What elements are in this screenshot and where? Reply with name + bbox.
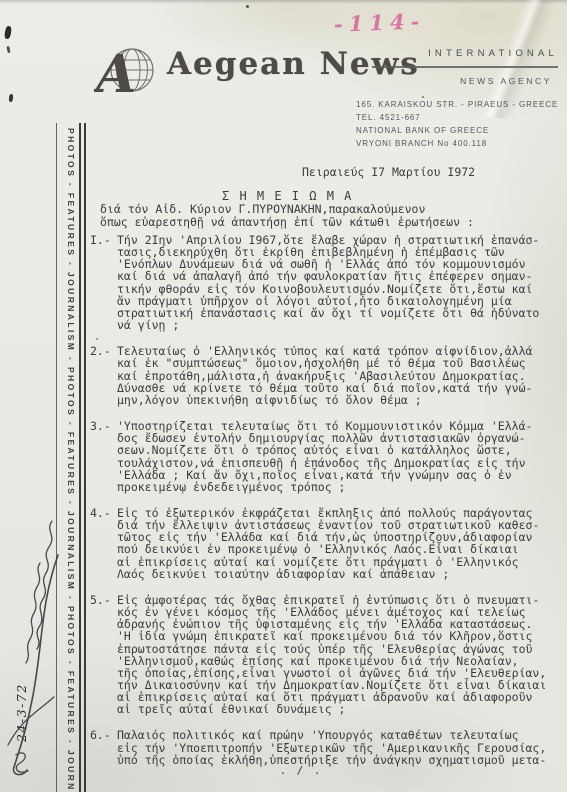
svg-text:A: A [94, 44, 136, 105]
binding-mark [6, 46, 10, 53]
question-number: 4.- [90, 507, 117, 580]
place-and-date: Πειραιεύς Ι7 Μαρτίου Ι972 [302, 165, 475, 179]
question-number: 6.- [90, 729, 117, 765]
binding-mark [4, 26, 12, 40]
memo-title: Σ Η Μ Ε Ι Ω Μ Α [222, 189, 353, 203]
question-text: Παλαιός πολιτικός καί πρώην 'Υπουργός κα… [117, 729, 546, 765]
question-item: 4.-Εἰς τό ἐξωτερικόν ἐκφράζεται ἔκπληξις… [90, 507, 556, 580]
international-label: INTERNATIONAL [428, 48, 558, 59]
sidebar-rule-right-inner [84, 123, 86, 792]
question-item: Ι.-Τήν 2Ιην 'Απριλίου Ι967,ὅτε ἔλαβε χώρ… [90, 234, 556, 331]
ink-speck [422, 96, 424, 98]
agency-bank-details: NATIONAL BANK OF GREECE VRYONI BRANCH No… [356, 125, 489, 150]
question-text: Τελευταίως ὁ 'Ελληνικός τύπος καί κατά τ… [117, 345, 532, 406]
globe-monogram-icon: A [94, 40, 160, 106]
question-number: 2.- [90, 345, 117, 406]
question-number: Ι.- [90, 234, 117, 331]
question-item: 2.-Τελευταίως ὁ 'Ελληνικός τύπος καί κατ… [90, 345, 556, 406]
sidebar-vertical-text: PHOTOS - FEATURES - JOURNALISM - PHOTOS … [61, 128, 76, 788]
question-text: 'Υποστηρίζεται τελευταίως ὅτι τό Κομμουν… [117, 420, 532, 493]
news-agency-label: NEWS AGENCY [460, 76, 552, 86]
continuation-mark: . / . [266, 764, 336, 777]
question-item: 6.-Παλαιός πολιτικός καί πρώην 'Υπουργός… [90, 729, 556, 765]
question-item: 5.-Εἰς ἀμφοτέρας τάς ὄχθας ἐπικρατεῖ ἡ ἐ… [90, 594, 556, 716]
question-list: Ι.-Τήν 2Ιην 'Απριλίου Ι967,ὅτε ἔλαβε χώρ… [90, 234, 556, 780]
handwritten-annotation-strokes [0, 515, 62, 792]
question-text: Τήν 2Ιην 'Απριλίου Ι967,ὅτε ἔλαβε χώραν … [117, 234, 539, 331]
agency-name: Aegean News [167, 46, 420, 82]
binding-mark [9, 94, 14, 102]
agency-address: 165. KARAISKOU STR. - PIRAEUS - GREECE T… [356, 99, 558, 124]
memo-addressee-intro: διά τόν Αἰδ. Κύριον Γ.ΠΥΡΟΥΝΑΚΗΝ,παρακαλ… [100, 203, 474, 228]
question-number: 5.- [90, 594, 117, 716]
sidebar-rule-right-outer [79, 123, 81, 792]
handwritten-date: 24-3-72 [14, 648, 29, 742]
handwritten-page-number: -114- [334, 8, 426, 36]
question-text: Εἰς ἀμφοτέρας τάς ὄχθας ἐπικρατεῖ ἡ ἐντύ… [117, 594, 546, 716]
question-text: Εἰς τό ἐξωτερικόν ἐκφράζεται ἔκπληξις ἀπ… [117, 507, 539, 580]
scanned-memo-page: -114- A Aegean News INTERNATIONAL NEWS A… [0, 0, 567, 792]
question-item: 3.-'Υποστηρίζεται τελευταίως ὅτι τό Κομμ… [90, 420, 556, 493]
masthead-rule [372, 66, 558, 68]
ink-speck [246, 5, 249, 8]
question-number: 3.- [90, 420, 117, 493]
